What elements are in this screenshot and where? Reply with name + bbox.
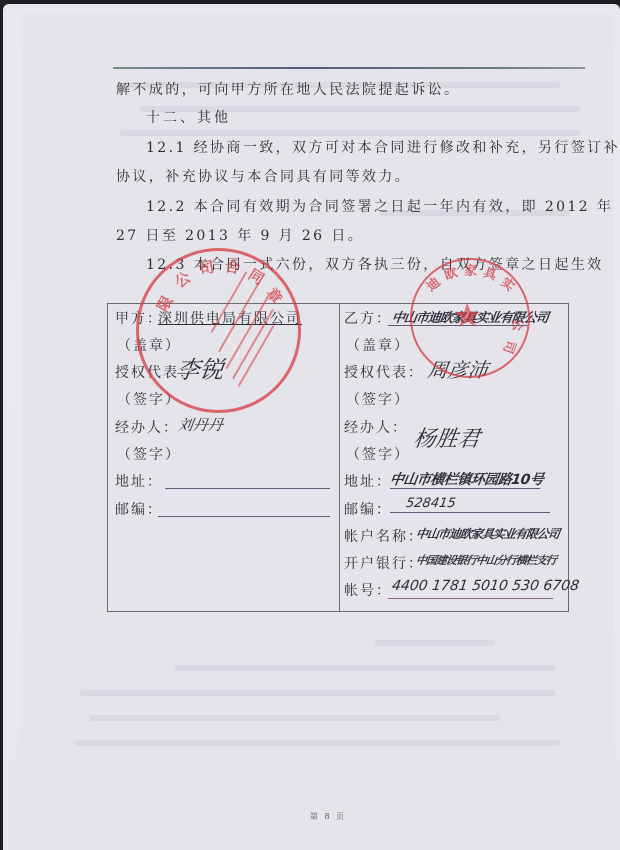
clause-12-3: 12.3 本合同一式六份，双方各执三份，自双方签章之日起生效 [146,254,604,274]
party-b-postcode-label: 邮编： [344,499,392,519]
party-a-label: 甲方： [115,308,163,328]
party-b-bank-label: 开户银行： [344,553,424,573]
party-b-seal-label: （盖章） [346,335,410,355]
party-b-rep-signature: 周彦沛 [426,354,490,383]
party-b-name: 中山市迪欧家具实业有限公司 [391,307,550,326]
clause-12-2-line-2: 27 日至 2013 年 9 月 26 日。 [116,225,364,245]
party-b-sign-label-1: （签字） [346,389,410,409]
party-b-name-line [388,325,528,326]
party-a-handler-label: 经办人： [115,417,179,437]
party-a-address-label: 地址： [115,471,163,491]
party-a-seal-label: （盖章） [117,335,181,355]
party-b-handler-label: 经办人： [344,417,408,437]
party-a-postcode-line [158,516,330,517]
party-b-bank-value: 中国建设银行中山分行横栏支行 [415,552,557,568]
header-rule [113,67,585,69]
party-b-handler-signature: 杨胜君 [412,422,482,453]
party-b-cell: 乙方： 中山市迪欧家具实业有限公司 （盖章） 授权代表： 周彦沛 （签字） 经办… [340,304,569,611]
party-b-sign-label-2: （签字） [346,444,410,464]
party-b-account-number-label: 帐号： [344,580,392,600]
party-b-label: 乙方： [344,308,392,328]
paragraph-dispute-resolution-end: 解不成的，可向甲方所在地人民法院提起诉讼。 [116,79,460,99]
section-heading-12: 十二、其他 [146,107,231,127]
party-b-postcode-line [390,512,550,513]
party-a-sign-label-1: （签字） [117,389,181,409]
party-a-address-line [165,488,330,489]
party-b-address-label: 地址： [344,471,392,491]
clause-12-2-line-1: 12.2 本合同有效期为合同签署之日起一年内有效，即 2012 年 9 月 [146,196,620,216]
signature-table: 甲方： 深圳供电局有限公司 （盖章） 授权代表： 李锐 （签字） 经办人： 刘丹… [107,303,569,612]
party-a-sign-label-2: （签字） [117,444,181,464]
page-number: 第 8 页 [310,811,346,822]
party-a-postcode-label: 邮编： [115,499,163,519]
party-b-address-line [390,488,540,489]
party-b-account-number-line [388,598,553,599]
party-b-rep-label: 授权代表： [344,362,424,382]
party-b-account-name-label: 帐户名称： [344,526,424,546]
party-a-cell: 甲方： 深圳供电局有限公司 （盖章） 授权代表： 李锐 （签字） 经办人： 刘丹… [108,304,339,611]
party-a-rep-signature: 李锐 [174,350,227,385]
party-a-handler-signature: 刘丹丹 [177,414,225,435]
party-b-postcode-value: 528415 [405,496,457,511]
clause-12-1-line-1: 12.1 经协商一致，双方可对本合同进行修改和补充，另行签订补充 [146,137,620,157]
party-a-name: 深圳供电局有限公司 [158,308,302,328]
party-b-address-value: 中山市横栏镇环园路10号 [389,469,545,489]
clause-12-1-line-2: 协议，补充协议与本合同具有同等效力。 [116,166,411,186]
party-b-account-number-value: 4400 1781 5010 530 6708 [391,578,580,594]
party-b-account-name-value: 中山市迪欧家具实业有限公司 [415,525,560,542]
